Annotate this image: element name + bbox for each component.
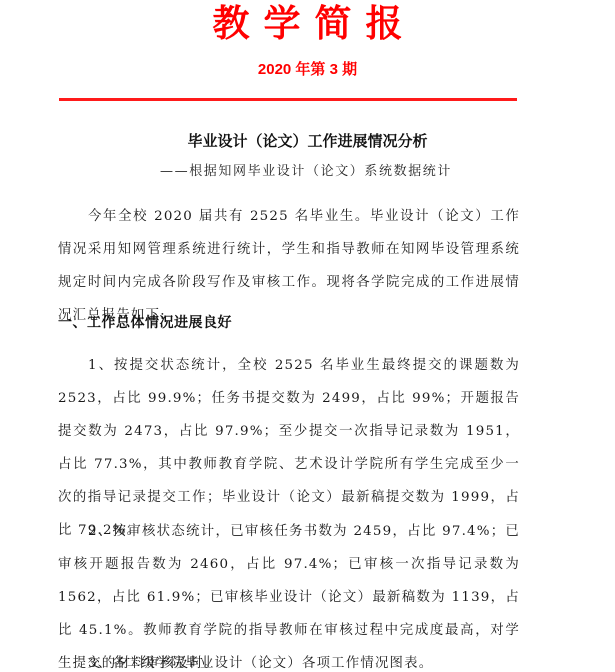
- header-divider: [59, 98, 517, 101]
- masthead-title: 教学简报: [0, 2, 615, 46]
- article-title: 毕业设计（论文）工作进展情况分析: [0, 131, 615, 151]
- issue-number: 2020 年第 3 期: [0, 60, 615, 80]
- section-heading: 一、工作总体情况进展良好: [58, 313, 232, 333]
- paragraph-college-charts: 3、各二级学院毕业设计（论文）各项工作情况图表。: [58, 647, 520, 672]
- article-subtitle: ——根据知网毕业设计（论文）系统数据统计: [160, 163, 452, 181]
